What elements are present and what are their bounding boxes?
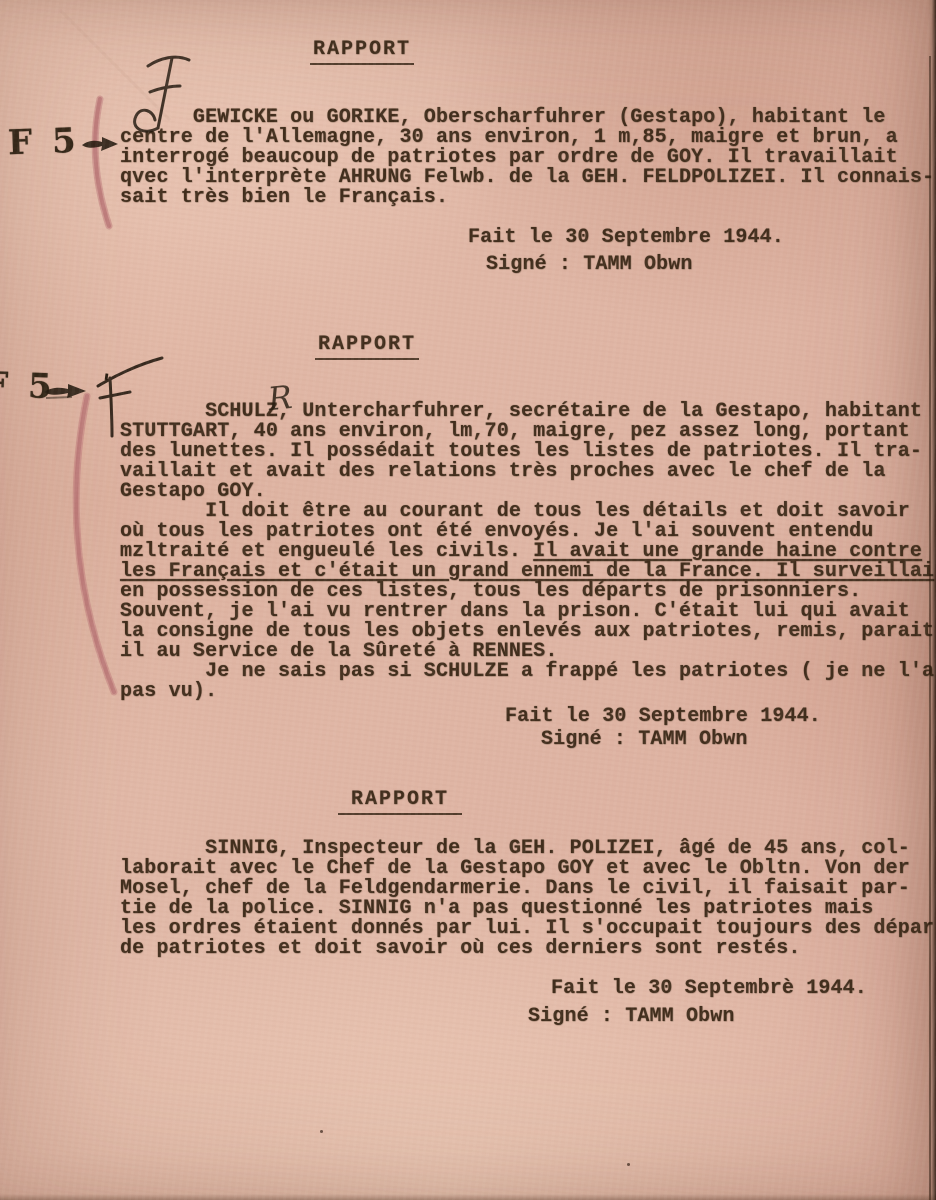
report-1-signature: Signé : TAMM Obwn	[486, 255, 693, 275]
handwritten-r-mark: R	[266, 378, 294, 418]
report-1-title: RAPPORT	[310, 40, 414, 65]
scan-right-edge-shadow	[928, 0, 936, 1200]
report-2-text-after: en possession de ces listes, tous les dé…	[120, 580, 934, 703]
report-2-text-before: SCHULZ, Untercharfuhrer, secrétaire de l…	[120, 400, 922, 563]
arrow-right-icon	[42, 378, 90, 404]
report-2-body: SCHULZ, Untercharfuhrer, secrétaire de l…	[120, 402, 934, 702]
handwritten-f-icon	[94, 354, 174, 444]
scanned-report-page: RAPPORT F 5 GEWICKE ou GORIKE, Oberschar…	[0, 0, 936, 1200]
report-2-date: Fait le 30 Septembre 1944.	[505, 707, 821, 727]
report-3-title: RAPPORT	[338, 790, 462, 815]
report-3-signature: Signé : TAMM Obwn	[528, 1007, 735, 1027]
report-2-signature: Signé : TAMM Obwn	[541, 730, 748, 750]
report-2-title: RAPPORT	[315, 335, 419, 360]
arrow-right-icon	[80, 132, 120, 156]
scan-bottom-edge-shadow	[0, 1194, 936, 1200]
report-1-body: GEWICKE ou GORIKE, Oberscharfuhrer (Gest…	[120, 108, 934, 208]
report-3-date: Fait le 30 Septembrè 1944.	[551, 979, 867, 999]
paper-speck	[320, 1130, 323, 1133]
report-3-body: SINNIG, Inspecteur de la GEH. POLIZEI, â…	[120, 839, 934, 959]
paper-speck	[627, 1163, 630, 1166]
red-pencil-curve-1	[95, 99, 109, 226]
report-1-date: Fait le 30 Septembre 1944.	[468, 228, 784, 248]
handwritten-scribble-icon	[120, 50, 200, 140]
margin-stamp-f5-top: F 5	[7, 121, 80, 163]
